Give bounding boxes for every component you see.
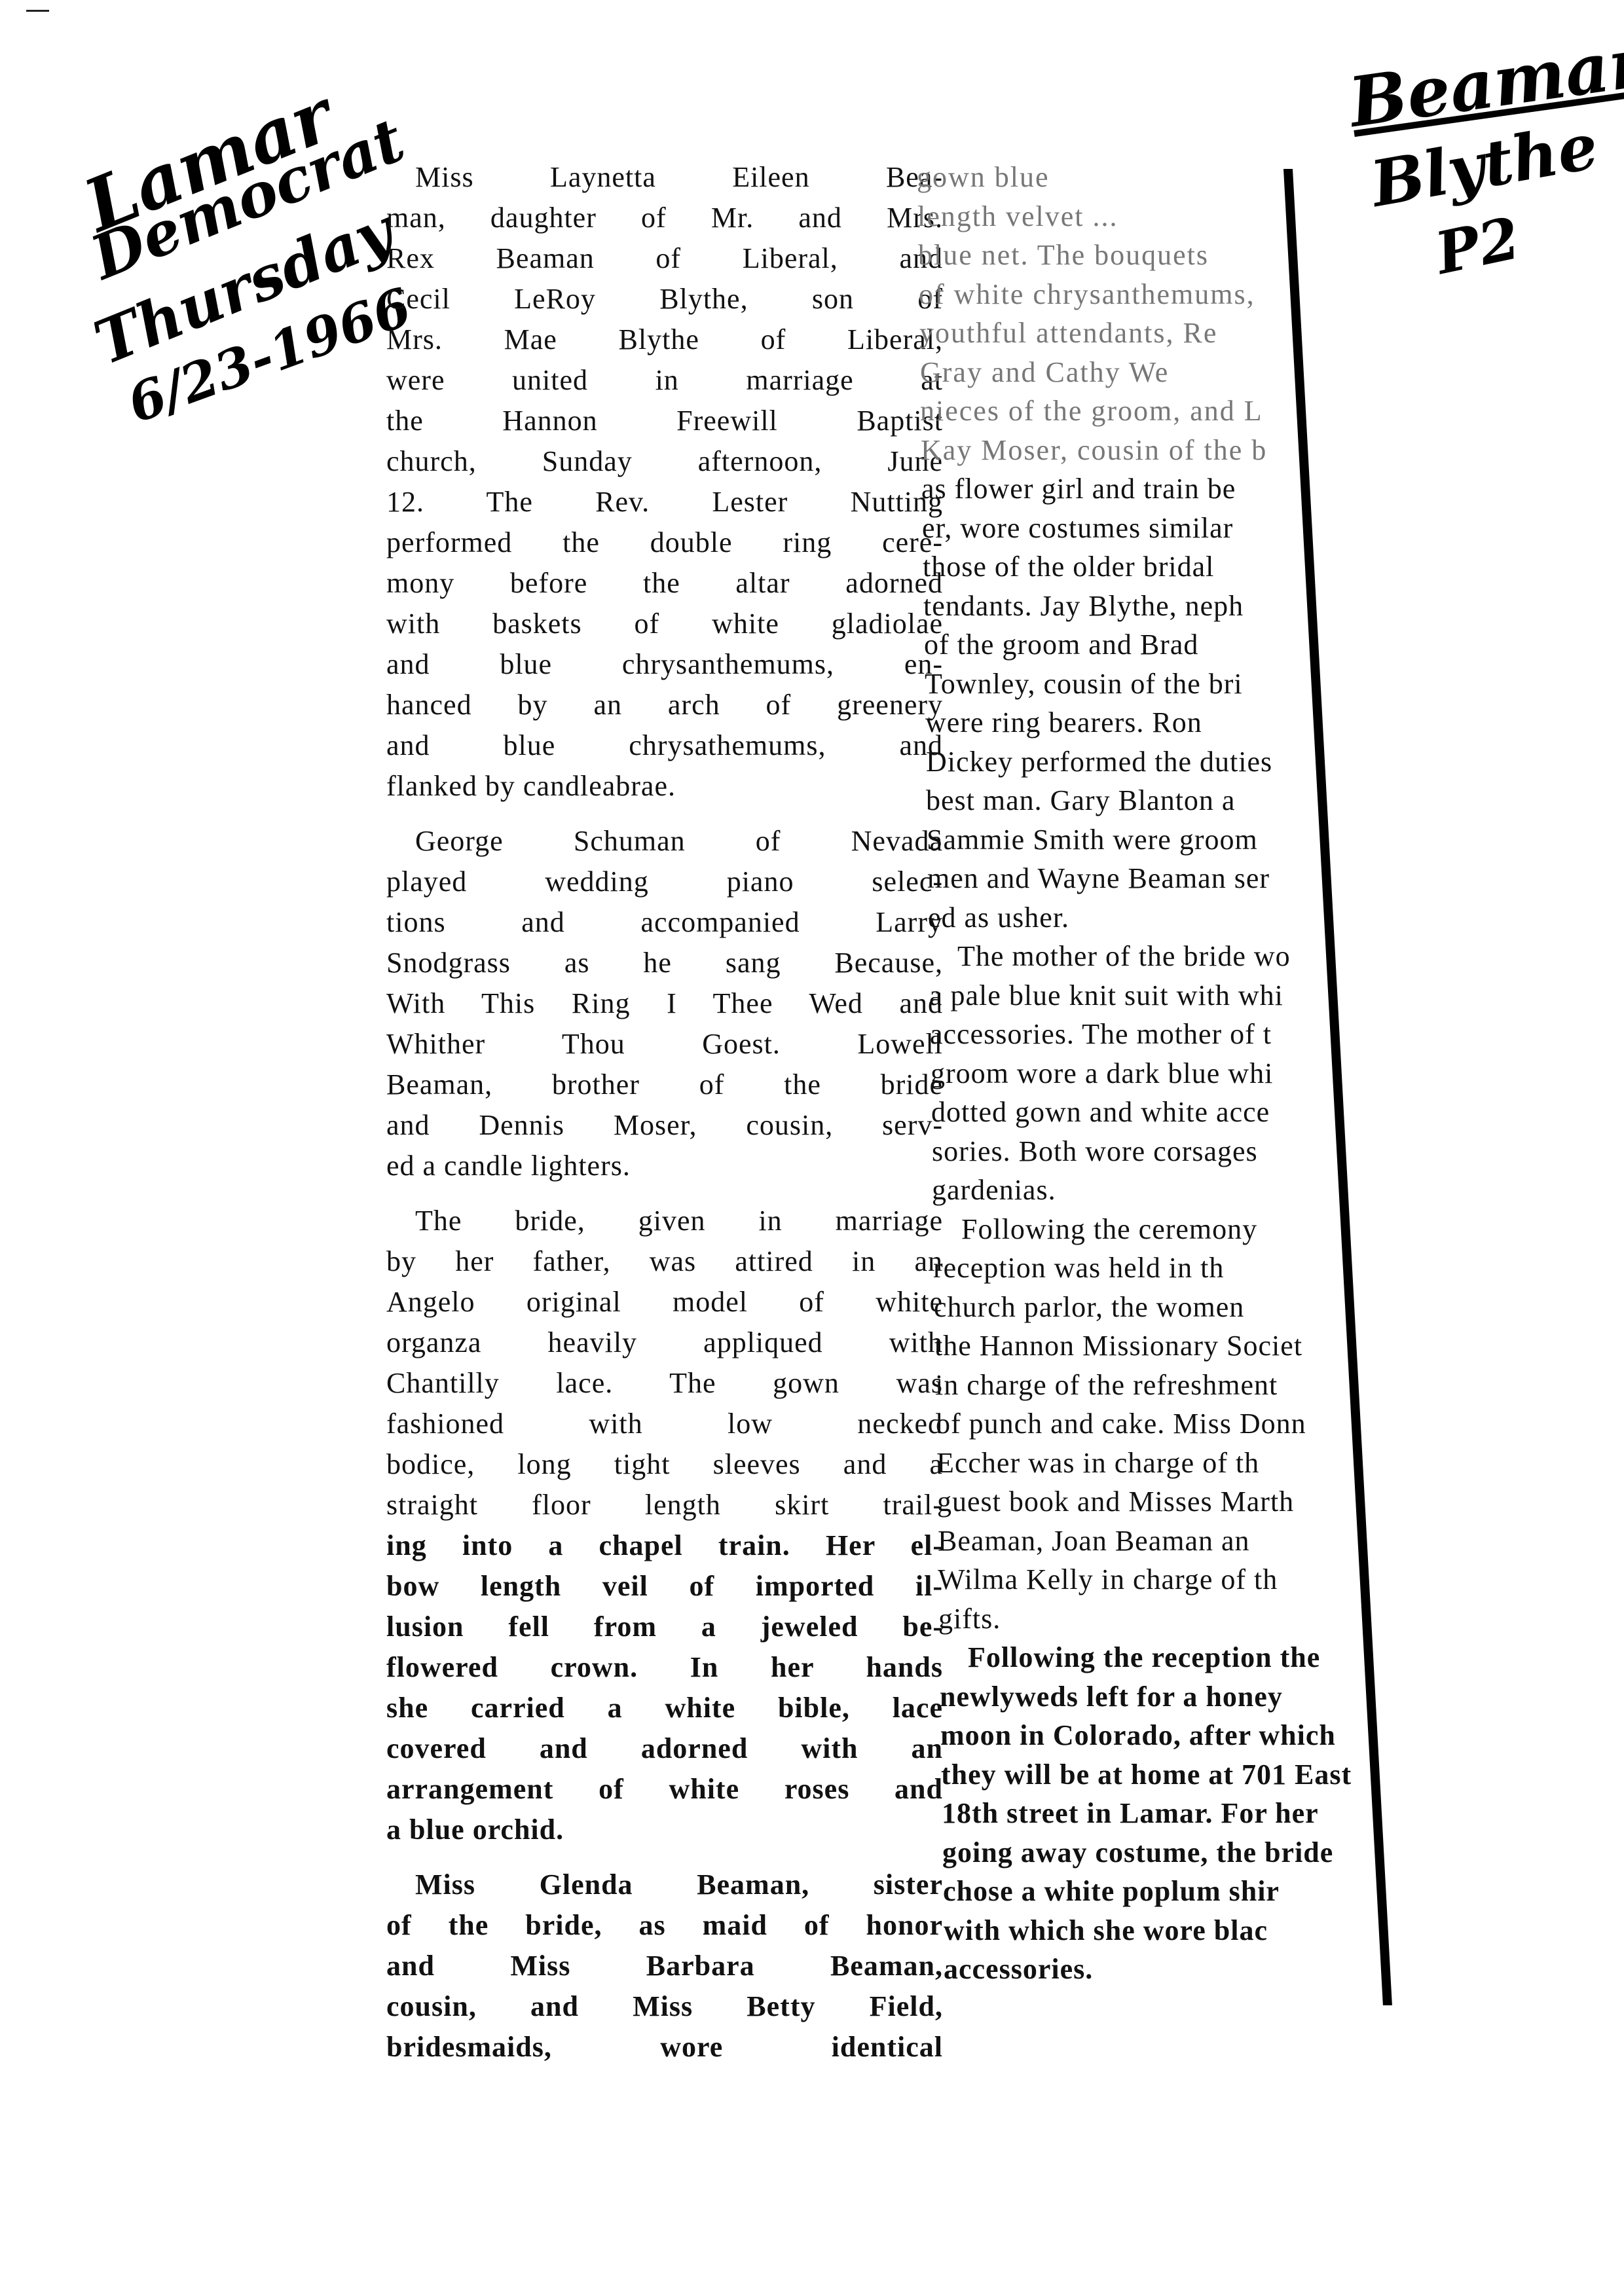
article-line: The mother of the bride wo — [957, 939, 1291, 973]
article-line: ed as usher. — [928, 901, 1069, 934]
article-line: groom wore a dark blue whi — [931, 1057, 1273, 1090]
article-line: of the groom and Brad — [924, 628, 1198, 661]
article-line: church, Sunday afternoon, June — [386, 445, 943, 478]
article-line: 18th street in Lamar. For her — [942, 1796, 1319, 1830]
article-line: sories. Both wore corsages — [932, 1135, 1258, 1168]
article-line: of the bride, as maid of honor — [386, 1908, 943, 1942]
article-line: men and Wayne Beaman ser — [927, 862, 1270, 895]
article-line: fashioned with low necked — [386, 1407, 943, 1440]
article-line: blue net. The bouquets — [918, 238, 1209, 272]
article-line: best man. Gary Blanton a — [926, 784, 1235, 817]
article-line: church parlor, the women — [934, 1290, 1244, 1324]
article-line: were ring bearers. Ron — [925, 706, 1202, 739]
article-line: a blue orchid. — [386, 1813, 943, 1846]
article-line: guest book and Misses Marth — [937, 1485, 1294, 1518]
article-line: gifts. — [938, 1602, 1001, 1635]
article-line: Angelo original model of white — [386, 1285, 943, 1319]
article-line: she carried a white bible, lace — [386, 1691, 943, 1724]
article-line: Mrs. Mae Blythe of Liberal, — [386, 323, 943, 356]
scan-artifact-mark — [26, 10, 49, 12]
article-line: arrangement of white roses and — [386, 1772, 943, 1806]
article-line: a pale blue knit suit with whi — [929, 979, 1283, 1012]
article-line: reception was held in th — [933, 1251, 1224, 1285]
article-line: bridesmaids, wore identical — [386, 2030, 943, 2064]
scanned-newspaper-clipping: Lamar Democrat Thursday 6/23-1966 Beaman… — [0, 0, 1624, 2296]
article-line: chose a white poplum shir — [943, 1874, 1280, 1908]
article-line: Eccher was in charge of th — [936, 1446, 1259, 1480]
article-line: Beaman, Joan Beaman an — [938, 1524, 1250, 1558]
article-line: and Dennis Moser, cousin, serv- — [386, 1108, 943, 1142]
article-line: and Miss Barbara Beaman, — [386, 1949, 943, 1982]
article-line: tendants. Jay Blythe, neph — [923, 589, 1244, 623]
article-line: Cecil LeRoy Blythe, son of — [386, 282, 943, 316]
article-line: as flower girl and train be — [921, 472, 1236, 505]
article-line: Rex Beaman of Liberal, and — [386, 242, 943, 275]
article-line: covered and adorned with an — [386, 1732, 943, 1765]
article-line: Miss Glenda Beaman, sister — [415, 1868, 943, 1901]
article-line: Townley, cousin of the bri — [925, 667, 1243, 701]
article-line: nieces of the groom, and L — [920, 394, 1263, 428]
article-line: and blue chrysanthemums, en- — [386, 647, 943, 681]
article-line: organza heavily appliqued with — [386, 1326, 943, 1359]
article-line: the Hannon Missionary Societ — [934, 1329, 1302, 1362]
article-line: tions and accompanied Larry — [386, 905, 943, 939]
article-line: Dickey performed the duties — [926, 745, 1272, 778]
article-line: With This Ring I Thee Wed and — [386, 987, 943, 1020]
article-line: ing into a chapel train. Her el- — [386, 1529, 943, 1562]
article-line: of white chrysanthemums, — [919, 278, 1255, 311]
article-line: the Hannon Freewill Baptist — [386, 404, 943, 437]
article-line: Sammie Smith were groom — [927, 823, 1258, 856]
article-line: Snodgrass as he sang Because, — [386, 946, 943, 979]
article-line: youthful attendants, Re — [919, 316, 1217, 350]
article-line: flanked by candleabrae. — [386, 769, 943, 803]
article-line: Kay Moser, cousin of the b — [921, 433, 1267, 467]
article-line: going away costume, the bride — [942, 1836, 1333, 1869]
article-line: were united in marriage at — [386, 363, 943, 397]
article-line: bodice, long tight sleeves and a — [386, 1448, 943, 1481]
article-line: Gray and Cathy We — [920, 355, 1169, 389]
article-line: Chantilly lace. The gown was — [386, 1366, 943, 1400]
article-line: performed the double ring cere- — [386, 526, 943, 559]
article-line: with which she wore blac — [944, 1914, 1268, 1947]
article-line: Miss Laynetta Eileen Bea- — [415, 160, 943, 194]
article-line: length velvet ... — [917, 200, 1118, 233]
article-line: and blue chrysathemums, and — [386, 729, 943, 762]
article-line: flowered crown. In her hands — [386, 1650, 943, 1684]
article-line: cousin, and Miss Betty Field, — [386, 1990, 943, 2023]
article-line: dotted gown and white acce — [931, 1095, 1270, 1129]
article-line: Following the reception the — [968, 1641, 1320, 1674]
article-line: played wedding piano selec- — [386, 865, 943, 898]
article-line: Wilma Kelly in charge of th — [938, 1563, 1278, 1596]
article-line: gown blue — [917, 160, 1050, 194]
article-line: Beaman, brother of the bride — [386, 1068, 943, 1101]
article-line: those of the older bridal — [923, 550, 1214, 583]
article-line: moon in Colorado, after which — [940, 1719, 1336, 1752]
article-line: in charge of the refreshment — [935, 1368, 1278, 1402]
article-line: newlyweds left for a honey — [940, 1680, 1283, 1713]
article-line: accessories. — [944, 1952, 1093, 1986]
article-line: man, daughter of Mr. and Mrs. — [386, 201, 943, 234]
article-line: straight floor length skirt trail- — [386, 1488, 943, 1522]
article-line: lusion fell from a jeweled be- — [386, 1610, 943, 1643]
article-line: The bride, given in marriage — [415, 1204, 943, 1237]
article-line: 12. The Rev. Lester Nutting — [386, 485, 943, 519]
article-line: ed a candle lighters. — [386, 1149, 943, 1182]
article-line: George Schuman of Nevada — [415, 824, 943, 858]
article-line: they will be at home at 701 East — [941, 1758, 1352, 1791]
article-line: by her father, was attired in an — [386, 1245, 943, 1278]
article-line: er, wore costumes similar — [922, 511, 1233, 545]
article-line: of punch and cake. Miss Donn — [936, 1407, 1306, 1440]
article-line: gardenias. — [932, 1173, 1056, 1207]
article-line: mony before the altar adorned — [386, 566, 943, 600]
article-line: with baskets of white gladiolae — [386, 607, 943, 640]
article-line: bow length veil of imported il- — [386, 1569, 943, 1603]
article-line: Whither Thou Goest. Lowell — [386, 1027, 943, 1061]
article-line: accessories. The mother of t — [930, 1017, 1272, 1051]
article-line: hanced by an arch of greenery — [386, 688, 943, 721]
handwritten-page-number: P2 — [1430, 204, 1525, 287]
article-line: Following the ceremony — [961, 1212, 1257, 1246]
